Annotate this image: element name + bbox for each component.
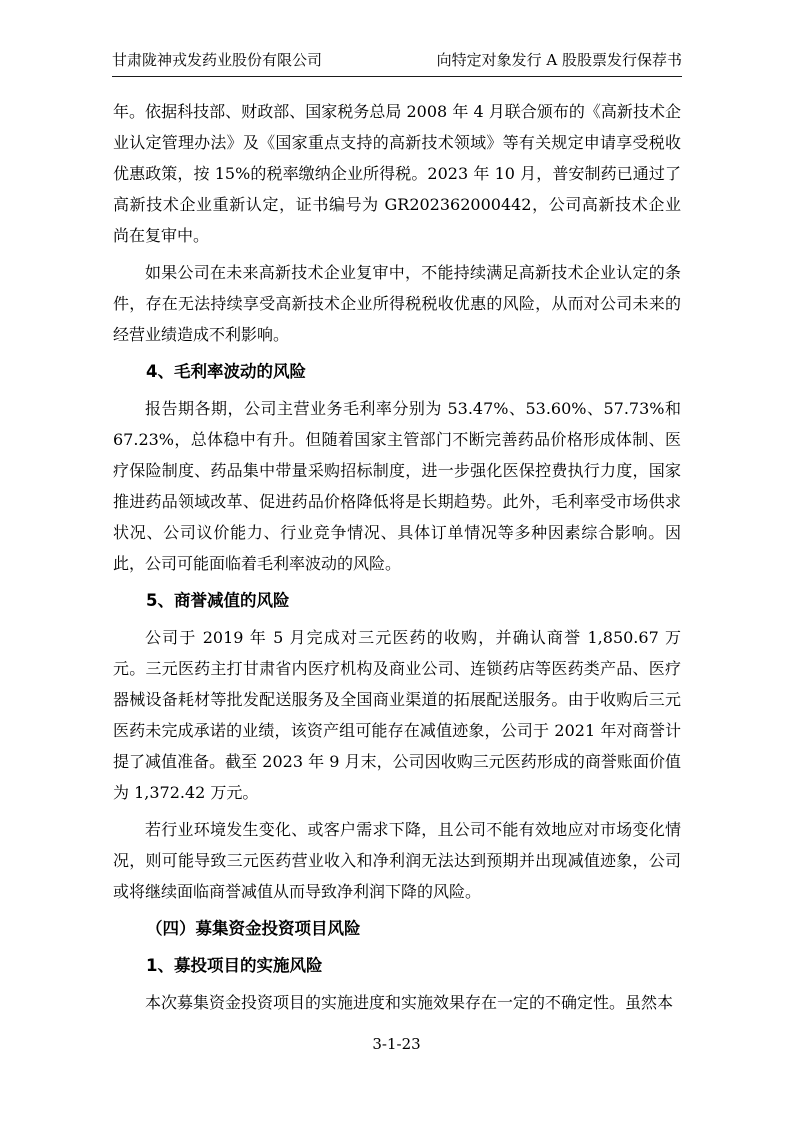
paragraph-gross-margin-risk: 报告期各期，公司主营业务毛利率分别为 53.47%、53.60%、57.73%和… xyxy=(113,393,681,579)
heading-goodwill-impairment-risk: 5、商誉减值的风险 xyxy=(113,585,681,616)
header-company-name: 甘肃陇神戎发药业股份有限公司 xyxy=(112,50,322,70)
paragraph-project-implementation: 本次募集资金投资项目的实施进度和实施效果存在一定的不确定性。虽然本 xyxy=(113,987,681,1018)
page-footer: 3-1-23 xyxy=(0,1034,793,1054)
heading-gross-margin-risk: 4、毛利率波动的风险 xyxy=(113,356,681,387)
document-body: 年。依据科技部、财政部、国家税务总局 2008 年 4 月联合颁布的《高新技术企… xyxy=(113,96,681,1018)
heading-fundraising-project-risk: （四）募集资金投资项目风险 xyxy=(113,913,681,944)
paragraph-tax-policy-continuation: 年。依据科技部、财政部、国家税务总局 2008 年 4 月联合颁布的《高新技术企… xyxy=(113,96,681,251)
page-header: 甘肃陇神戎发药业股份有限公司 向特定对象发行 A 股股票发行保荐书 xyxy=(112,50,682,77)
document-page: 甘肃陇神戎发药业股份有限公司 向特定对象发行 A 股股票发行保荐书 年。依据科技… xyxy=(0,0,793,1122)
header-document-title: 向特定对象发行 A 股股票发行保荐书 xyxy=(437,50,682,70)
paragraph-goodwill-future-risk: 若行业环境发生变化、或客户需求下降，且公司不能有效地应对市场变化情况，则可能导致… xyxy=(113,814,681,907)
heading-project-implementation-risk: 1、募投项目的实施风险 xyxy=(113,950,681,981)
paragraph-goodwill-acquisition: 公司于 2019 年 5 月完成对三元医药的收购，并确认商誉 1,850.67 … xyxy=(113,622,681,808)
paragraph-hnte-review-risk: 如果公司在未来高新技术企业复审中，不能持续满足高新技术企业认定的条件，存在无法持… xyxy=(113,257,681,350)
page-number: 3-1-23 xyxy=(372,1035,420,1053)
